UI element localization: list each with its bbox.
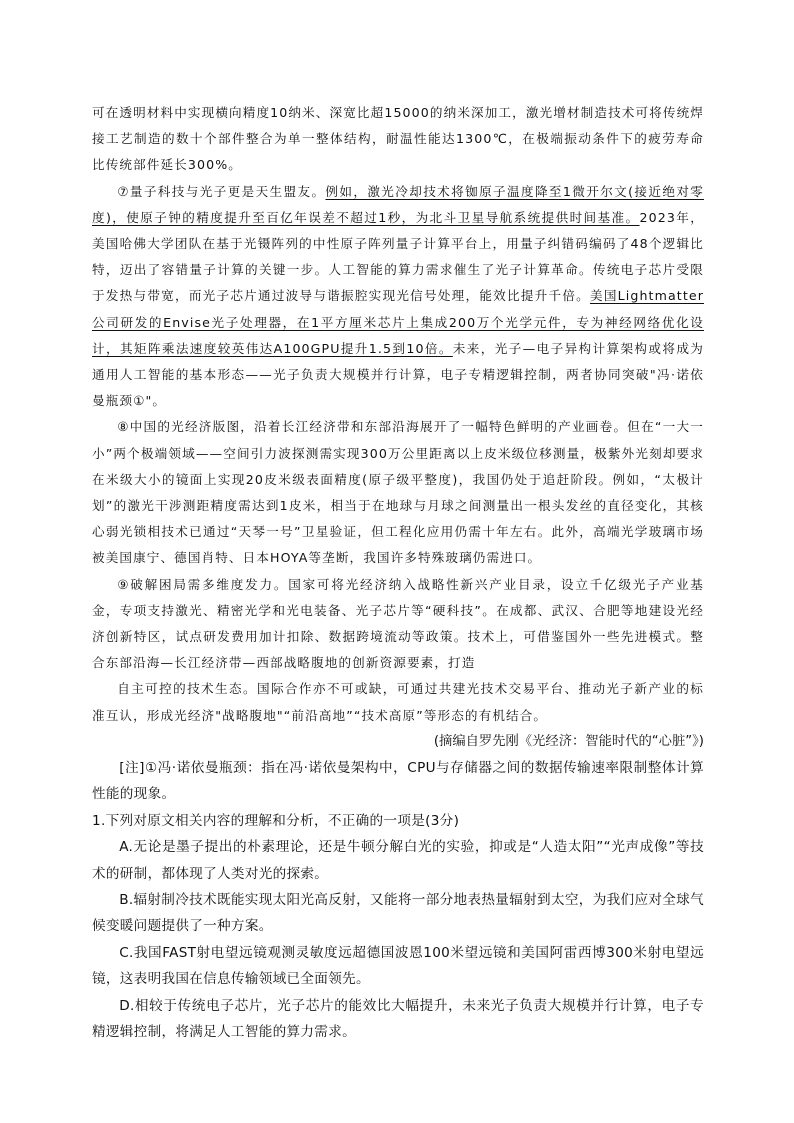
footnote: [注]①冯·诺依曼瓶颈：指在冯·诺依曼架构中，CPU与存储器之间的数据传输速率限… <box>92 755 704 808</box>
document-page: 可在透明材料中实现横向精度10纳米、深宽比超15000的纳米深加工，激光增材制造… <box>92 100 704 1045</box>
question-stem: 1.下列对原文相关内容的理解和分析，不正确的一项是(3分) <box>92 808 704 834</box>
option-d: D.相较于传统电子芯片，光子芯片的能效比大幅提升，未来光子负责大规模并行计算，电… <box>92 993 704 1046</box>
paragraph-9b: 自主可控的技术生态。国际合作亦不可或缺，可通过共建光技术交易平台、推动光子新产业… <box>92 676 704 728</box>
paragraph-6-tail: 可在透明材料中实现横向精度10纳米、深宽比超15000的纳米深加工，激光增材制造… <box>92 100 704 179</box>
option-c: C.我国FAST射电望远镜观测灵敏度远超德国波恩100米望远镜和美国阿雷西博30… <box>92 940 704 993</box>
option-a: A.无论是墨子提出的朴素理论，还是牛顿分解白光的实验，抑或是“人造太阳”“光声成… <box>92 834 704 887</box>
option-b: B.辐射制冷技术既能实现太阳光高反射，又能将一部分地表热量辐射到太空，为我们应对… <box>92 887 704 940</box>
source-citation: (摘编自罗先刚《光经济：智能时代的“心脏”》) <box>92 729 704 755</box>
paragraph-7: ⑦量子科技与光子更是天生盟友。例如，激光冷却技术将铷原子温度降至1微开尔文(接近… <box>92 179 704 415</box>
paragraph-9a: ⑨破解困局需多维度发力。国家可将光经济纳入战略性新兴产业目录，设立千亿级光子产业… <box>92 572 704 677</box>
paragraph-7-lead: ⑦量子科技与光子更是天生盟友。 <box>117 184 325 199</box>
paragraph-8: ⑧中国的光经济版图，沿着长江经济带和东部沿海展开了一幅特色鲜明的产业画卷。但在“… <box>92 414 704 571</box>
